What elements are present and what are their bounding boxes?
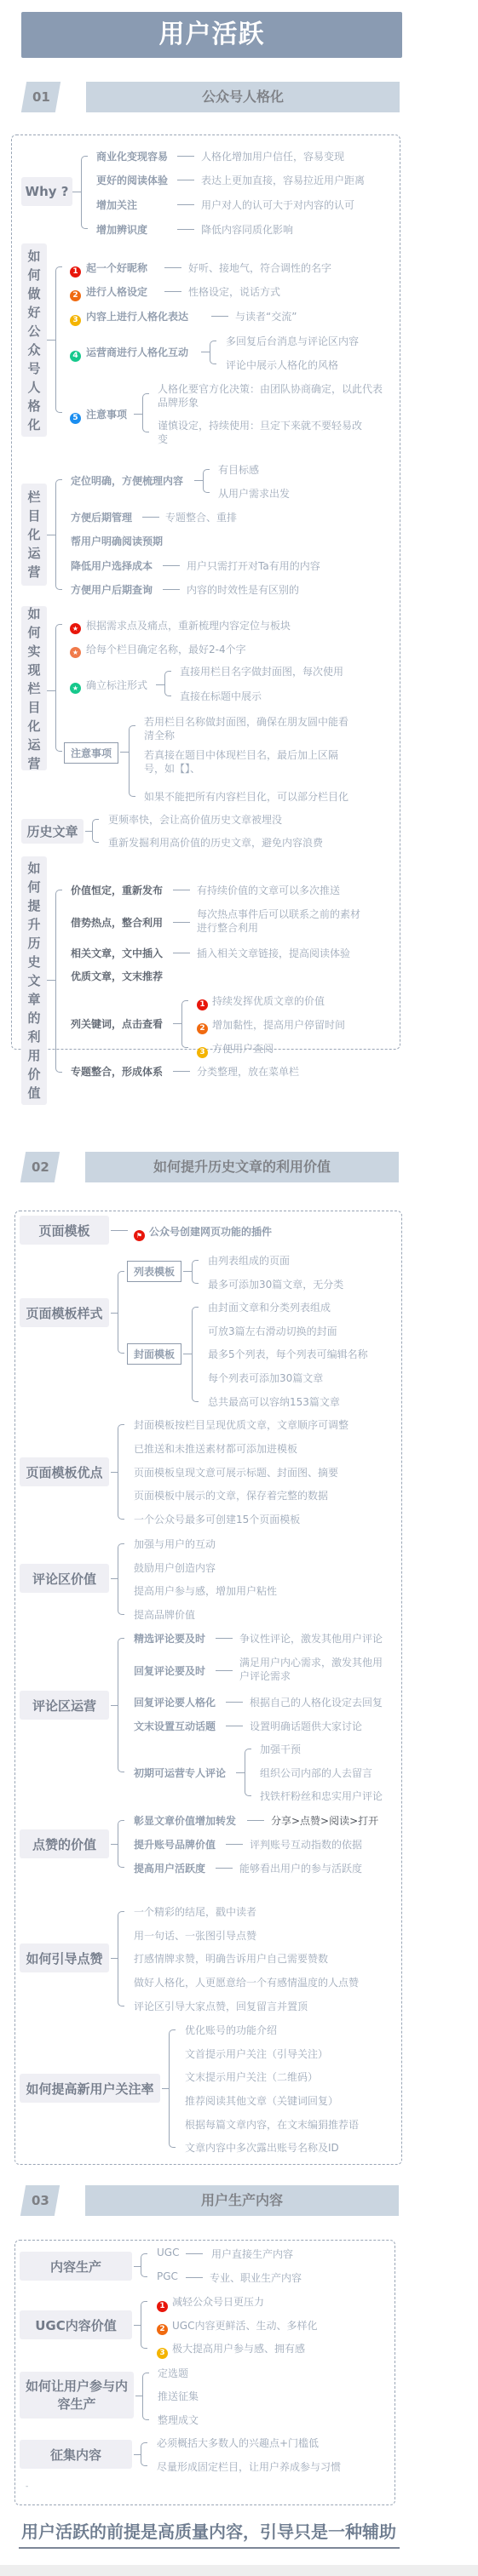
char: 营 [27,563,40,581]
participate-child: 定选题 [158,2366,188,2380]
brace [81,156,88,229]
char: 做 [27,284,40,303]
section-number-02: 02 [20,1152,60,1182]
ugc-value-item: UGC内容更鲜活、生动、多样化 [172,2318,317,2333]
char: 实 [27,642,40,661]
connector [201,352,210,352]
connector [164,267,181,268]
column-item-label: 降低用户选择成本 [71,558,153,573]
why-item-desc: 人格化增加用户信任，容易变现 [201,149,344,163]
connector [183,1354,192,1354]
connector [183,1271,192,1272]
comment-ops-child: 加强干预 [260,1742,301,1756]
improve-item-desc: 插入相关文章链接，提高阅读体验 [197,946,350,960]
char: 化 [27,415,40,434]
char: 如 [27,859,40,878]
list-template-child: 由列表组成的页面 [208,1253,290,1268]
connector [111,1578,118,1579]
how-item-child: 多回复后台消息与评论区内容 [226,334,359,348]
how-item-label: 进行人格设定 [86,284,147,299]
comment-ops-desc: 争议性评论，激发其他用户评论 [239,1631,383,1646]
category-new-follow: 如何提高新用户关注率 [20,2074,160,2103]
column-item-label: 方便后期管理 [71,510,132,524]
list-template-label: 列表模板 [127,1261,181,1282]
char: 如 [27,604,40,623]
how-item-label: 起一个好昵称 [86,260,147,275]
brace [55,890,62,1073]
guide-like-child: 一个精彩的结尾，戳中读者 [134,1904,256,1919]
brace [118,1820,124,1868]
footer-divider [19,2547,400,2549]
category-template-pros: 页面模板优点 [20,1457,109,1486]
cover-template-child: 可放3篇左右滑动切换的封面 [208,1324,337,1338]
history-child: 重新发掘利用高价值的历史文章，避免内容浪费 [108,835,323,850]
star-green-icon: ★ [70,678,81,694]
char: 人 [27,378,40,397]
connector [120,752,129,753]
implement-item-child: 直接用栏目名字做封面图，每次使用 [180,664,343,678]
how-item-label: 内容上进行人格化表达 [86,309,188,323]
category-why: Why ? [21,177,72,206]
implement-item: 确立标注形式 [86,678,147,692]
char: 化 [27,525,40,544]
category-production: 内容生产 [20,2252,132,2281]
brace [192,1307,199,1402]
connector [173,922,190,923]
char: 何 [27,623,40,642]
connector [216,1868,233,1869]
new-follow-child: 文首提示用户关注（引导关注） [185,2046,328,2061]
category-participate: 如何让用户参与内容生产 [20,2372,134,2419]
brace [141,2301,147,2349]
connector [134,2454,141,2455]
comment-ops-child: 找铁杆粉丝和忠实用户评论 [260,1789,383,1803]
connector [173,953,190,953]
how-item-desc: 与读者“交流” [235,309,297,323]
improve-item-label: 借势热点，整合利用 [71,915,163,930]
brace [142,2373,149,2420]
connector [247,1820,264,1821]
star-orange-icon: ★ [70,642,81,658]
connector [142,517,159,518]
brace [141,2253,147,2277]
star-red-icon: ★ [70,618,81,634]
badge-3-icon: 3 [157,2342,168,2359]
connector [164,291,181,292]
comment-ops-desc: 根据自己的人格化设定去回复 [250,1695,383,1709]
section-number-03: 03 [20,2185,60,2216]
connector [226,1726,243,1726]
comment-value-child: 提高品牌价值 [134,1607,195,1622]
like-value-desc: 能够看出用户的参与活跃度 [239,1861,362,1875]
dot-marker: - [26,2482,28,2491]
category-comment-ops: 评论区运营 [20,1691,109,1720]
category-how-personify: 如何做好公众号人格化 [21,243,47,437]
participate-child: 推送征集 [158,2389,199,2403]
bottom-bar [0,2565,478,2576]
brace [181,1000,188,1048]
brace [245,1749,251,1796]
char: 价 [27,1065,40,1084]
column-item-desc: 内容的时效性是有区别的 [187,582,299,597]
how-item-label: 注意事项 [86,407,127,421]
like-value-label: 彰显文章价值增加转发 [134,1813,236,1828]
category-comment-value: 评论区价值 [20,1564,109,1593]
column-item-child: 有目标感 [218,462,259,477]
improve-item-child: 增加黏性，提高用户停留时间 [212,1017,345,1032]
char: 升 [27,915,40,934]
category-implement-column: 如何实现栏目化运营 [21,606,47,770]
connector [194,480,203,481]
column-item-desc: 用户只需打开对Ta有用的内容 [187,558,320,573]
brace [118,1424,124,1520]
new-follow-child: 文末提示用户关注（二维码） [185,2069,318,2084]
template-pros-child: 一个公众号最多可创建15个页面模板 [134,1512,300,1526]
connector [111,1958,118,1959]
comment-value-child: 加强与用户的互动 [134,1537,216,1551]
category-collect: 征集内容 [20,2440,132,2469]
comment-ops-label: 精选评论要及时 [134,1631,205,1646]
improve-item-child: 方便用户查阅 [212,1041,274,1056]
template-pros-child: 封面模板按栏目呈现优质文章，文章顺序可调整 [134,1417,348,1432]
how-item-child: 谨慎设定，持续使用：旦定下来就不要轻易改变 [158,419,366,446]
guide-like-child: 用一句话、一张图引导点赞 [134,1928,256,1943]
category-ugc-value: UGC内容价值 [20,2310,132,2339]
category-column-ops: 栏目化运营 [21,484,47,586]
char: 众 [27,341,40,359]
comment-ops-desc: 设置明确话题供大家讨论 [250,1719,362,1733]
improve-item-child: 持续发挥优质文章的价值 [212,993,325,1008]
comment-ops-child: 组织公司内部的人去留言 [260,1766,372,1780]
char: 运 [27,736,40,754]
cover-template-child: 最多5个列表，每个列表可编辑名称 [208,1347,368,1361]
new-follow-child: 文章内容中多次露出账号名称及ID [185,2140,339,2155]
footer-conclusion: 用户活跃的前提是高质量内容，引导只是一种辅助 [17,2518,400,2543]
why-item-label: 商业化变现容易 [96,149,168,163]
category-guide-like: 如何引导点赞 [20,1943,109,1972]
char: 何 [27,266,40,284]
ugc-value-item: 减轻公众号日更压力 [172,2294,264,2309]
column-item-label: 方便用户后期查询 [71,582,153,597]
page-template-desc: 公众号创建网页功能的插件 [149,1224,272,1239]
connector [85,831,92,832]
connector [173,1023,181,1024]
char: 如 [27,247,40,266]
badge-3-icon: 3 [70,309,81,326]
how-item-desc: 性格设定，说话方式 [188,284,280,299]
section-number-01: 01 [21,82,60,112]
brace [55,479,62,590]
connector [134,2266,141,2267]
char: 值 [27,1084,40,1102]
section-title-03: 用户生产内容 [85,2185,399,2216]
badge-2-icon: 2 [70,284,81,301]
connector [162,2088,169,2089]
char: 的 [27,1009,40,1028]
implement-item: 根据需求点及痛点，重新梳理内容定位与板块 [86,618,291,633]
connector [134,414,142,415]
improve-item-desc: 每次热点事件后可以联系之前的素材进行整合利用 [197,907,367,935]
char: 好 [27,303,40,322]
new-follow-child: 优化账号的功能介绍 [185,2023,277,2037]
participate-child: 整理成文 [158,2413,199,2427]
brace [118,1271,124,1354]
brace [55,624,62,752]
comment-ops-label: 回复评论要人格化 [134,1695,216,1709]
notes-child: 若用栏目名称做封面图，确保在朋友圆中能看清全称 [144,715,357,742]
improve-item-label: 优质文章，文末推荐 [71,969,163,983]
connector [173,1071,190,1072]
char: 化 [27,717,40,736]
connector [111,1844,118,1845]
why-item-label: 增加辨识度 [96,222,147,237]
cover-template-label: 封面模板 [127,1343,181,1365]
new-follow-child: 推荐阅读其他文章（关键词回复） [185,2093,338,2108]
brace [55,266,62,413]
notes-child: 若真接在题目中体现栏目名，最后加上区隔号，如【】、 [144,748,348,776]
template-pros-child: 页面模板中展示的文章，保存着完整的数据 [134,1488,328,1503]
cover-template-child: 每个列表可添加30篇文章 [208,1371,323,1385]
char: 运 [27,544,40,563]
connector [163,565,180,566]
connector [173,890,190,890]
char: 营 [27,754,40,773]
char: 提 [27,896,40,915]
brace [129,725,135,797]
connector [216,1670,233,1671]
why-item-desc: 表达上更加直接，容易拉近用户距离 [201,173,365,187]
notes-child: 如果不能把所有内容栏目化，可以部分栏目化 [144,789,348,804]
char: 目 [27,507,40,525]
guide-like-child: 做好人格化，人更愿意给一个有感情温度的人点赞 [134,1975,359,1989]
connector [226,1702,243,1703]
char: 号 [27,359,40,378]
badge-2-icon: 2 [157,2318,168,2335]
improve-item-desc: 分类整理，放在菜单栏 [197,1064,299,1079]
badge-1-icon: 1 [197,993,208,1010]
production-desc: 用户直接生产内容 [211,2247,293,2261]
how-item-label: 运营商进行人格化互动 [86,345,188,359]
comment-value-child: 鼓励用户创造内容 [134,1560,216,1575]
connector [177,204,194,205]
brace [169,2029,176,2148]
how-item-child: 评论中展示人格化的风格 [226,358,338,372]
category-page-template: 页面模板 [20,1216,109,1245]
category-improve-history: 如何提升历史文章的利用价值 [21,856,47,1105]
badge-1-icon: 1 [70,260,81,278]
brace [92,819,99,843]
why-item-desc: 降低内容同质化影响 [201,222,293,237]
brace [118,1638,124,1772]
brace [210,341,216,364]
connector [47,340,55,341]
production-label: PGC [157,2270,178,2282]
badge-1-icon: 1 [157,2295,168,2312]
comment-ops-label: 回复评论要及时 [134,1663,205,1678]
char: 文 [27,971,40,990]
implement-item-child: 直接在标题中展示 [180,689,262,703]
char: 章 [27,990,40,1009]
brace [192,1260,199,1284]
improve-item-label: 相关文章，文中插入 [71,946,163,960]
column-item-desc: 专题整合、重排 [165,510,237,524]
brace [203,469,210,493]
column-item-label: 帮用户明确阅读预期 [71,534,163,548]
connector [47,535,55,535]
char: 格 [27,397,40,415]
connector [47,690,55,691]
guide-like-child: 评论区引导大家点赞，回复留言并置顶 [134,1999,308,2013]
char: 史 [27,953,40,971]
like-value-desc: 评判账号互动指数的依据 [250,1837,362,1852]
comment-ops-desc: 满足用户内心需求，激发其他用户评论需求 [239,1656,389,1683]
like-value-desc: 分享>点赞>阅读>打开 [271,1813,378,1828]
connector [111,1313,118,1314]
connector [177,180,194,180]
brace [141,2442,147,2466]
template-pros-child: 页面模板皇现文意可展示标题、封面图、摘要 [134,1465,338,1480]
connector [163,589,180,590]
flag-icon: ⚑ [134,1225,145,1241]
char: 历 [27,934,40,953]
badge-5-icon: 5 [70,407,81,424]
why-item-label: 增加关注 [96,197,137,212]
connector [156,684,164,685]
connector [111,1705,118,1706]
like-value-label: 提高用户活跃度 [134,1861,205,1875]
notes-label: 注意事项 [64,742,118,764]
char: 栏 [27,488,40,507]
connector [177,229,194,230]
improve-item-label: 专题整合，形成体系 [71,1064,163,1079]
connector [216,1638,233,1639]
connector [177,156,194,157]
how-item-child: 人格化要官方化决策：由团队协商确定，以此代表品牌形象 [158,382,383,409]
guide-like-child: 打感情牌求赞，明确告诉用户自己需要赞数 [134,1951,328,1966]
brace [118,1911,124,2006]
brace [164,671,171,696]
connector [211,316,228,317]
template-pros-child: 已推送和未推送素材都可添加进模板 [134,1441,297,1456]
column-item-child: 从用户需求出发 [218,486,290,501]
section-title-02: 如何提升历史文章的利用价值 [85,1152,399,1182]
why-item-desc: 用户对人的认可大于对内容的认可 [201,197,354,212]
cover-template-child: 总共最高可以容纳153篇文章 [208,1394,340,1409]
improve-item-label: 价值恒定，重新发布 [71,883,163,897]
category-template-styles: 页面模板样式 [20,1298,109,1327]
badge-3-icon: 3 [197,1041,208,1058]
char: 现 [27,661,40,679]
ugc-value-item: 极大提高用户参与感、拥有感 [172,2341,305,2356]
brace [142,393,149,432]
comment-value-child: 提高用户参与感，增加用户粘性 [134,1583,277,1598]
char: 用 [27,1046,40,1065]
connector [186,2253,203,2254]
connector [236,1772,245,1773]
comment-ops-label: 文末设置互动话题 [134,1719,216,1733]
category-like-value: 点赞的价值 [20,1829,109,1858]
improve-item-desc: 有持续价值的文章可以多次推送 [197,883,340,897]
section-title-01: 公众号人格化 [86,82,400,112]
list-template-child: 最多可添加30篇文章，无分类 [208,1277,343,1291]
connector [226,1844,243,1845]
badge-4-icon: 4 [70,345,81,362]
char: 公 [27,322,40,341]
connector [111,1230,128,1231]
brace [118,1543,124,1615]
new-follow-child: 根据每篇文章内容，在文末编狷推荐语 [185,2117,359,2132]
char: 利 [27,1028,40,1046]
connector [47,980,55,981]
why-item-label: 更好的阅读体验 [96,173,168,187]
connector [111,1472,118,1473]
char: 目 [27,698,40,717]
production-label: UGC [157,2247,179,2258]
history-child: 更频率快，会让高价值历史文章被埋没 [108,812,282,827]
connector [72,192,81,192]
collect-child: 必须概括大多数人的兴趣点+门槛低 [157,2436,319,2450]
badge-2-icon: 2 [197,1017,208,1034]
connector [135,2396,142,2396]
production-desc: 专业、职业生产内容 [210,2270,302,2285]
collect-child: 尽量形成固定栏目，让用户养成参与习惯 [157,2459,341,2474]
connector [186,2277,203,2278]
char: 栏 [27,679,40,698]
cover-template-child: 由封面文章和分类列表组成 [208,1300,331,1314]
how-item-desc: 好听、接地气，符合调性的名字 [188,260,331,275]
like-value-label: 提升账号品牌价值 [134,1837,216,1852]
page-title: 用户活跃 [21,12,402,58]
implement-item: 给每个栏目确定名称，最好2-4个字 [86,642,246,656]
connector [134,2325,141,2326]
improve-item-label: 列关键词，点击查看 [71,1016,163,1031]
category-history: 历史文章 [21,819,84,844]
char: 何 [27,878,40,896]
column-item-label: 定位明确，方便梳理内容 [71,473,183,488]
comment-ops-label: 初期可运营专人评论 [134,1766,226,1780]
